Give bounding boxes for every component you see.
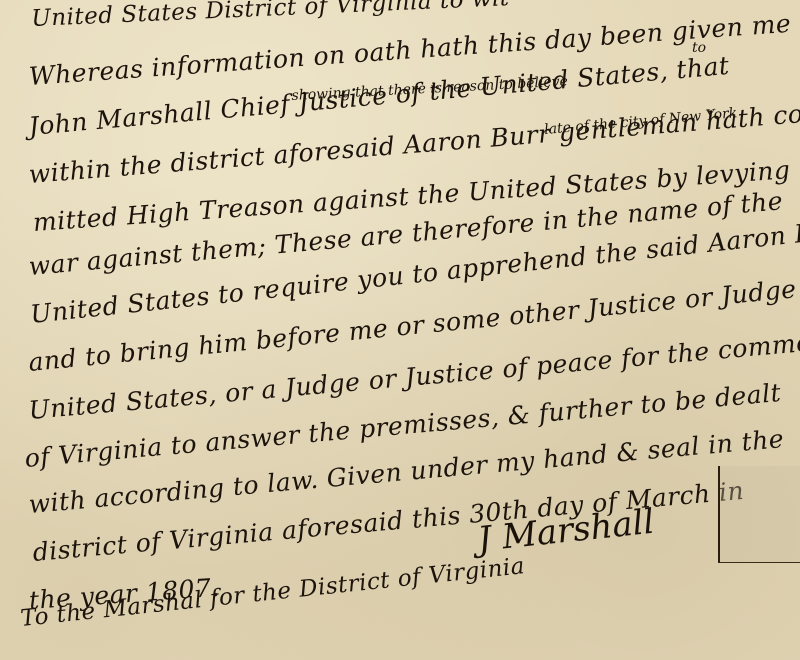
seal-box xyxy=(718,466,800,563)
